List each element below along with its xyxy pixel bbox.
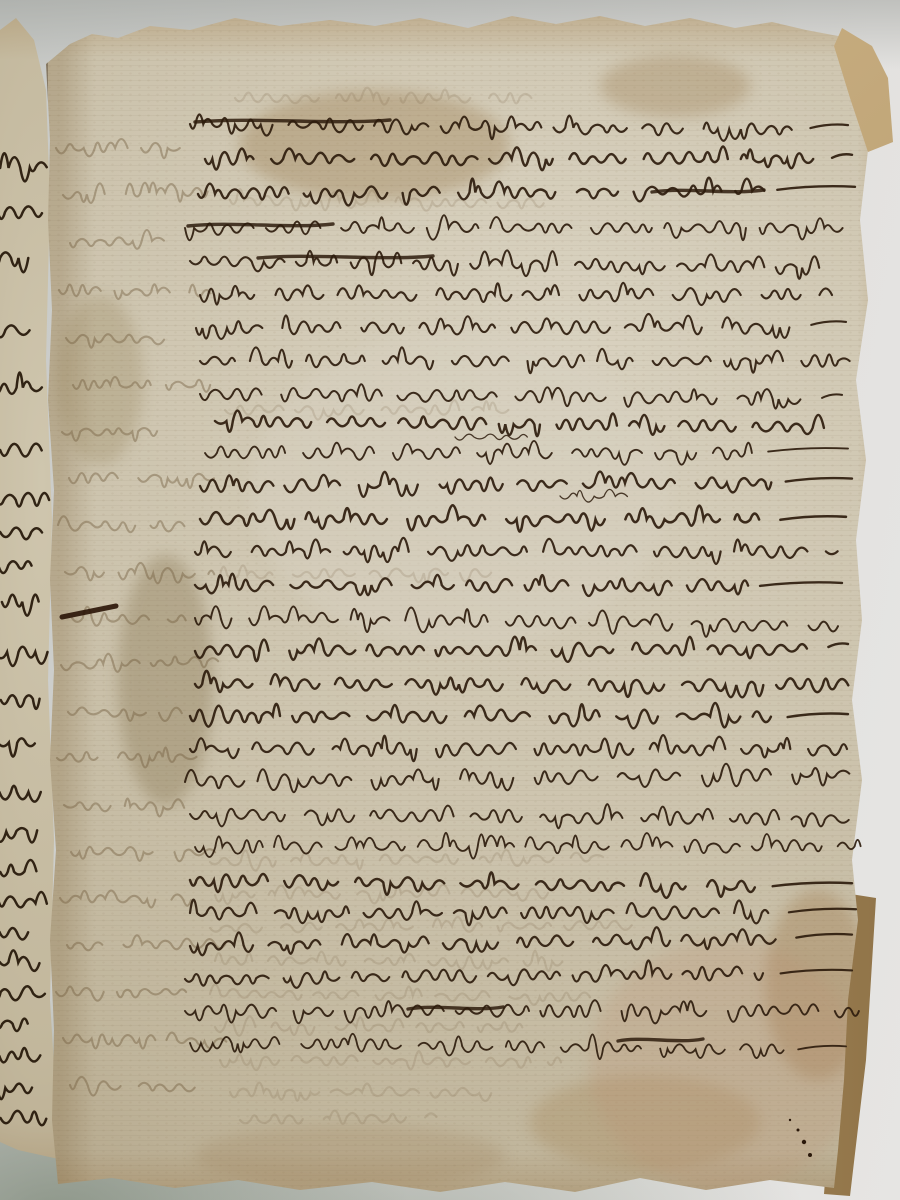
interlinear-insertion xyxy=(455,434,540,440)
handwriting-line xyxy=(200,347,870,373)
handwriting-line xyxy=(200,283,854,305)
handwriting-line xyxy=(205,146,852,170)
underpage-mark xyxy=(0,493,68,507)
ghost-body-line xyxy=(210,917,646,933)
underpage-mark xyxy=(0,153,63,181)
strikethrough-stroke xyxy=(258,256,433,258)
ghost-body-line xyxy=(235,88,547,105)
underpage-mark xyxy=(0,1111,65,1125)
ink-dot xyxy=(797,1129,800,1132)
handwriting-line xyxy=(200,472,852,497)
ghost-margin-line xyxy=(63,182,229,202)
handwriting-line xyxy=(195,574,842,596)
underpage-mark xyxy=(0,373,53,394)
handwriting-line xyxy=(190,114,848,140)
photograph-of-manuscript xyxy=(0,0,900,1200)
handwriting-line xyxy=(190,804,866,828)
handwriting-line xyxy=(190,735,860,761)
handwriting-line xyxy=(190,250,830,278)
ink-dot xyxy=(789,1119,791,1121)
underpage-mark xyxy=(0,1084,52,1100)
handwriting-line xyxy=(196,314,846,339)
ghost-margin-line xyxy=(68,707,202,721)
ghost-body-line xyxy=(210,984,606,1004)
handwriting-line xyxy=(215,411,845,437)
underpage-mark xyxy=(0,786,58,802)
handwriting-line xyxy=(200,505,846,531)
ghost-writing xyxy=(56,88,646,1124)
underpage-mark xyxy=(0,860,50,876)
ghost-margin-line xyxy=(66,334,175,347)
underpage-mark xyxy=(0,444,53,457)
underpage-mark xyxy=(0,892,63,907)
underpage-mark xyxy=(0,647,59,666)
handwriting-line xyxy=(185,764,871,792)
ghost-margin-line xyxy=(61,654,236,672)
handwriting-line xyxy=(195,671,860,697)
ghost-margin-line xyxy=(65,563,225,583)
ink-dot xyxy=(802,1140,806,1144)
underpage-writing xyxy=(0,153,68,1125)
handwriting-line xyxy=(185,215,855,240)
ghost-body-line xyxy=(210,850,623,871)
handwriting-line xyxy=(200,384,842,408)
ghost-margin-line xyxy=(70,1077,214,1096)
ghost-body-line xyxy=(215,1016,542,1035)
strikethrough-stroke xyxy=(188,224,333,226)
ghost-margin-line xyxy=(67,935,245,950)
handwriting-line xyxy=(185,960,852,987)
underpage-mark xyxy=(2,595,54,616)
ghost-margin-line xyxy=(71,847,233,861)
ghost-body-line xyxy=(220,1051,577,1070)
strikethrough-stroke xyxy=(618,1039,703,1041)
underpage-mark xyxy=(0,1048,58,1062)
ghost-margin-line xyxy=(58,516,203,532)
underpage-mark xyxy=(0,1019,41,1031)
underpage-mark xyxy=(0,738,49,756)
strikethrough-stroke xyxy=(195,120,390,122)
ghost-margin-line xyxy=(57,748,218,768)
ghost-body-line xyxy=(215,951,584,971)
ghost-body-line xyxy=(230,1083,502,1101)
main-text xyxy=(62,114,881,1059)
underpage-mark xyxy=(0,928,44,940)
handwriting-line xyxy=(190,900,856,926)
handwriting-line xyxy=(195,606,856,636)
handwriting-layer xyxy=(0,0,900,1200)
interlinear-insertion xyxy=(560,489,642,502)
underpage-mark xyxy=(0,561,44,573)
underpage-mark xyxy=(0,828,51,842)
handwriting-line xyxy=(190,927,852,955)
ghost-body-line xyxy=(225,400,527,419)
ghost-margin-line xyxy=(63,1033,239,1049)
underpage-mark xyxy=(1,695,54,709)
ghost-margin-line xyxy=(64,798,199,816)
ghost-margin-line xyxy=(56,139,198,158)
underpage-mark xyxy=(0,528,56,540)
handwriting-line xyxy=(190,1034,846,1059)
underpage-mark xyxy=(0,206,60,218)
strikethrough-stroke xyxy=(652,190,764,192)
underpage-mark xyxy=(0,325,51,337)
underpage-mark xyxy=(0,252,42,272)
underpage-mark xyxy=(0,950,61,971)
ink-dot xyxy=(808,1153,812,1157)
ghost-margin-line xyxy=(56,987,205,1001)
strikethrough-stroke xyxy=(408,1007,503,1009)
handwriting-line xyxy=(190,872,852,898)
underpage-mark xyxy=(0,986,63,1000)
ghost-margin-line xyxy=(60,891,207,908)
handwriting-line xyxy=(190,703,848,728)
ghost-margin-line xyxy=(62,428,177,441)
ghost-body-line xyxy=(240,1111,448,1124)
handwriting-line xyxy=(195,538,853,564)
handwriting-line xyxy=(205,441,848,465)
ghost-margin-line xyxy=(70,230,181,249)
ghost-body-line xyxy=(220,565,505,582)
handwriting-line xyxy=(195,637,848,662)
ghost-margin-line xyxy=(73,377,225,392)
